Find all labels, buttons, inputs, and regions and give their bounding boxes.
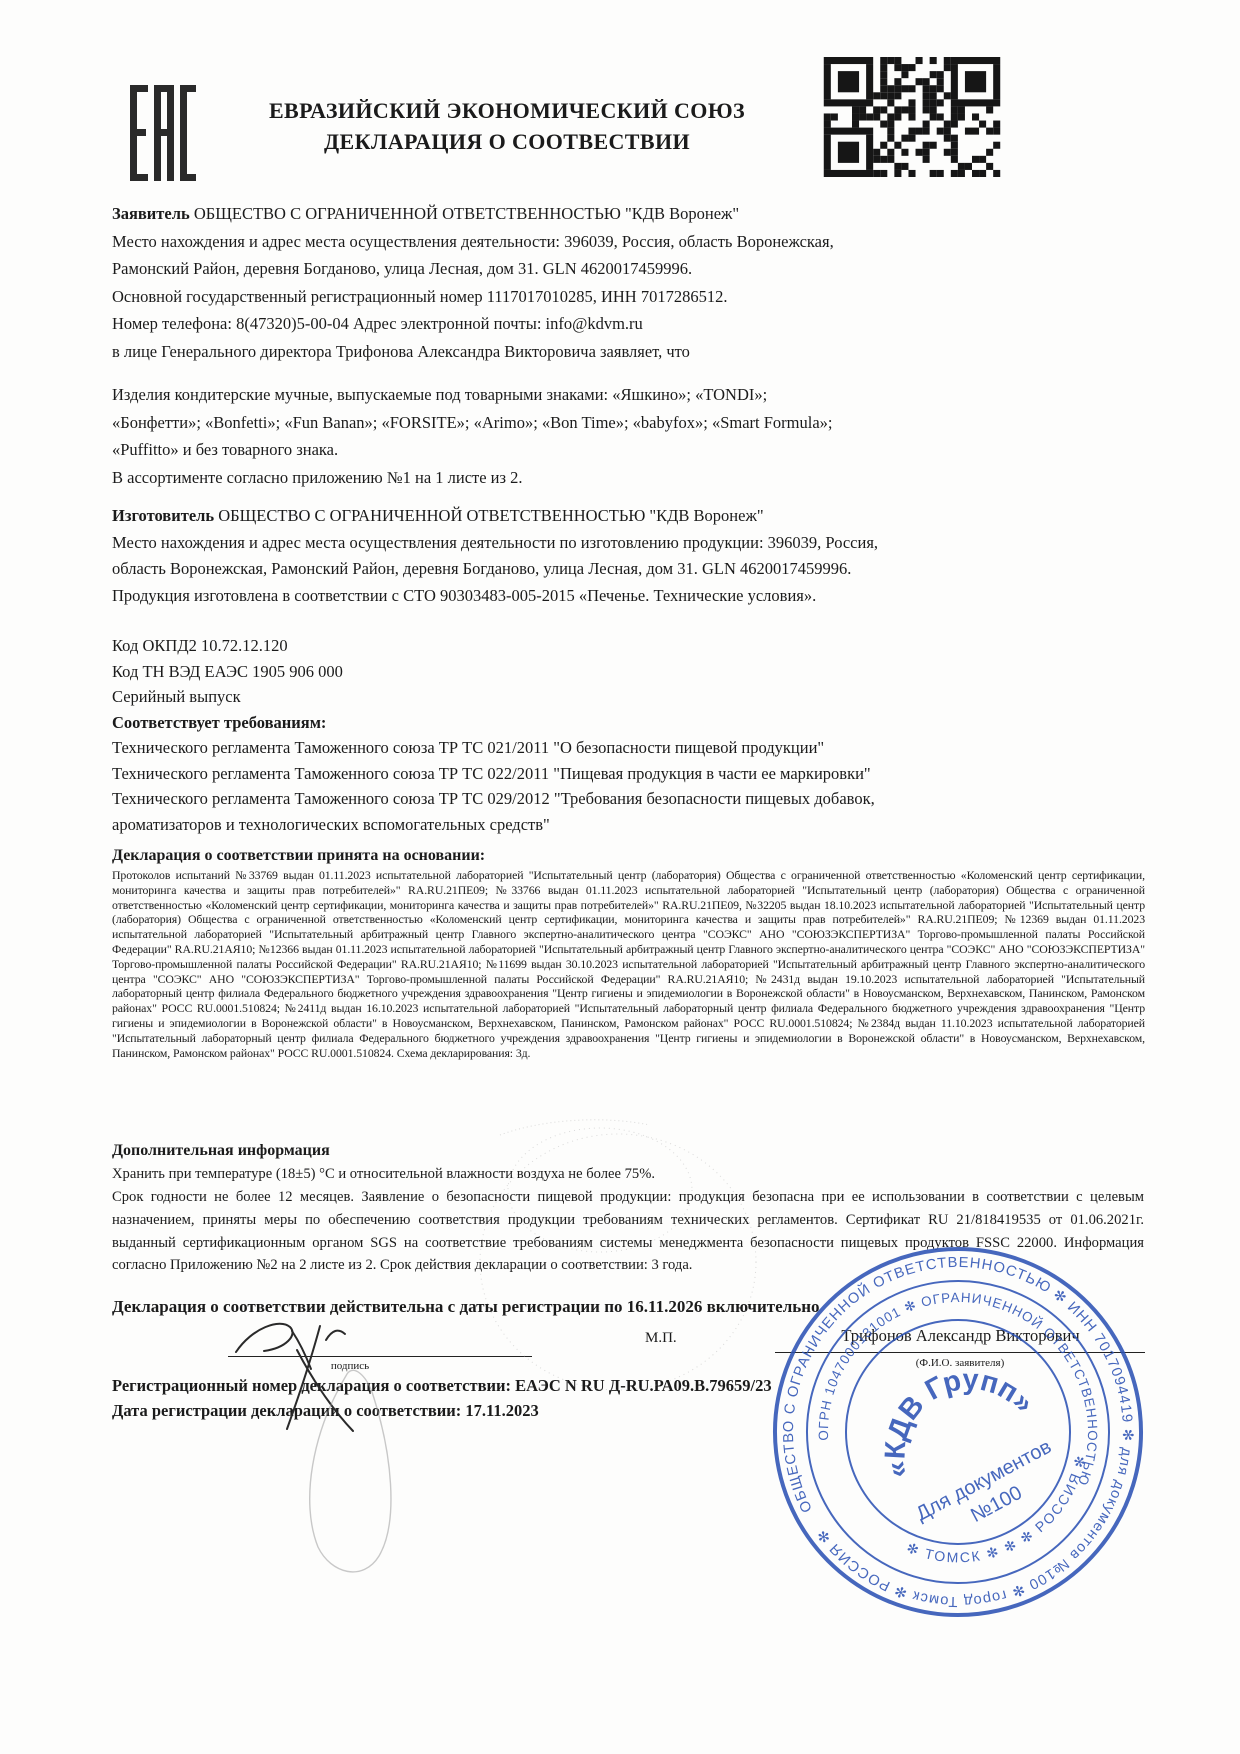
text-line: «Бонфетти»; «Bonfetti»; «Fun Banan»; «FO… [112, 409, 1147, 437]
issue-type: Серийный выпуск [112, 684, 1147, 710]
registration-number-line: Регистрационный номер декларация о соотв… [112, 1376, 772, 1396]
registration-date-line: Дата регистрации декларации о соответств… [112, 1401, 539, 1421]
text-line: Технического регламента Таможенного союз… [112, 786, 1147, 812]
product-section: Изделия кондитерские мучные, выпускаемые… [112, 381, 1147, 491]
signature-caption: подпись [300, 1360, 400, 1372]
text-line: Технического регламента Таможенного союз… [112, 735, 1147, 761]
doc-type-title: ДЕКЛАРАЦИЯ О СООТВЕСТВИИ [207, 126, 807, 157]
declaration-document-page: ЕВРАЗИЙСКИЙ ЭКОНОМИЧЕСКИЙ СОЮЗ ДЕКЛАРАЦИ… [0, 0, 1240, 1754]
manufacturer-name: ОБЩЕСТВО С ОГРАНИЧЕННОЙ ОТВЕТСТВЕННОСТЬЮ… [214, 506, 763, 525]
seal-place-label: М.П. [645, 1330, 677, 1347]
basis-text: Протоколов испытаний №33769 выдан 01.11.… [112, 868, 1145, 1060]
document-title: ЕВРАЗИЙСКИЙ ЭКОНОМИЧЕСКИЙ СОЮЗ ДЕКЛАРАЦИ… [207, 95, 807, 157]
text-line: Технического регламента Таможенного союз… [112, 761, 1147, 787]
signature-line-rule [228, 1356, 532, 1357]
applicant-section: Заявитель ОБЩЕСТВО С ОГРАНИЧЕННОЙ ОТВЕТС… [112, 200, 1147, 365]
text-line: ароматизаторов и технологических вспомог… [112, 812, 1147, 838]
text-line: Рамонский Район, деревня Богданово, улиц… [112, 255, 1147, 283]
text-line: область Воронежская, Рамонский Район, де… [112, 556, 1147, 583]
text-line: В ассортименте согласно приложению №1 на… [112, 464, 1147, 492]
basis-heading: Декларация о соответствии принята на осн… [112, 847, 485, 865]
additional-heading: Дополнительная информация [112, 1142, 330, 1160]
text-line: Продукция изготовлена в соответствии с С… [112, 583, 1147, 610]
eac-logo-icon [128, 85, 198, 181]
okpd2-code: Код ОКПД2 10.72.12.120 [112, 633, 1147, 659]
text-line: Место нахождения и адрес места осуществл… [112, 530, 1147, 557]
codes-section: Код ОКПД2 10.72.12.120 Код ТН ВЭД ЕАЭС 1… [112, 633, 1147, 837]
requirements-label: Соответствует требованиям: [112, 710, 1147, 736]
text-line: Основной государственный регистрационный… [112, 283, 1147, 311]
text-line: Изделия кондитерские мучные, выпускаемые… [112, 381, 1147, 409]
manufacturer-section: Изготовитель ОБЩЕСТВО С ОГРАНИЧЕННОЙ ОТВ… [112, 503, 1147, 609]
tnved-code: Код ТН ВЭД ЕАЭС 1905 906 000 [112, 659, 1147, 685]
applicant-label: Заявитель [112, 204, 190, 223]
storage-conditions-line: Хранить при температуре (18±5) °С и отно… [112, 1163, 655, 1186]
manufacturer-name-line: Изготовитель ОБЩЕСТВО С ОГРАНИЧЕННОЙ ОТВ… [112, 503, 1147, 530]
qr-code [823, 57, 1001, 177]
union-title: ЕВРАЗИЙСКИЙ ЭКОНОМИЧЕСКИЙ СОЮЗ [207, 95, 807, 126]
applicant-name-line: Заявитель ОБЩЕСТВО С ОГРАНИЧЕННОЙ ОТВЕТС… [112, 200, 1147, 228]
company-round-stamp: ОБЩЕСТВО С ОГРАНИЧЕННОЙ ОТВЕТСТВЕННОСТЬЮ… [763, 1237, 1153, 1627]
validity-line: Декларация о соответствии действительна … [112, 1297, 820, 1317]
text-line: в лице Генерального директора Трифонова … [112, 338, 1147, 366]
applicant-name: ОБЩЕСТВО С ОГРАНИЧЕННОЙ ОТВЕТСТВЕННОСТЬЮ… [190, 204, 739, 223]
text-line: Номер телефона: 8(47320)5-00-04 Адрес эл… [112, 310, 1147, 338]
text-line: «Puffitto» и без товарного знака. [112, 436, 1147, 464]
manufacturer-label: Изготовитель [112, 506, 214, 525]
text-line: Место нахождения и адрес места осуществл… [112, 228, 1147, 256]
